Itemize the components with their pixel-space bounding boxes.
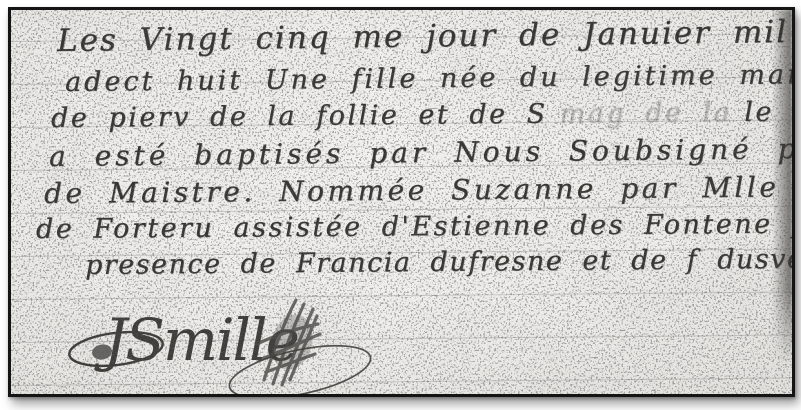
handwritten-text: de Forteru assistée d'Estienne des Fonte… [36,208,795,245]
handwritten-text: le Meudi la f [744,95,795,128]
handwritten-line: a esté baptisés par Nous Soubsigné plvs [49,131,795,173]
scanned-register-page: Les Vingt cinq me jour de Januier mil e … [8,7,795,397]
handwritten-line: presence de Francia dufresne et de f dus… [85,243,795,281]
handwritten-text: Les Vingt cinq me jour de Januier mil e … [57,13,795,59]
handwritten-entry: Les Vingt cinq me jour de Januier mil e … [11,10,792,394]
handwritten-text: adect huit Une fille née du legitime mar… [65,59,795,98]
handwritten-line: de pierv de la follie et de Smag de lale… [51,95,795,134]
handwritten-text-faded: mag de la [559,97,732,130]
handwritten-text: de pierv de la follie et de S [51,99,548,134]
handwritten-text: presence de Francia dufresne et de f dus… [85,243,795,281]
handwritten-line: de Forteru assistée d'Estienne des Fonte… [36,208,795,245]
handwritten-text: de Maistre. Nommée Suzanne par Mlle Suza… [44,169,795,210]
handwritten-line: Les Vingt cinq me jour de Januier mil e … [57,13,795,59]
handwritten-text: a esté baptisés par Nous Soubsigné plvs [49,132,795,173]
handwritten-line: de Maistre. Nommée Suzanne par Mlle Suza… [44,169,795,210]
handwritten-line: adect huit Une fille née du legitime mar… [65,59,795,98]
